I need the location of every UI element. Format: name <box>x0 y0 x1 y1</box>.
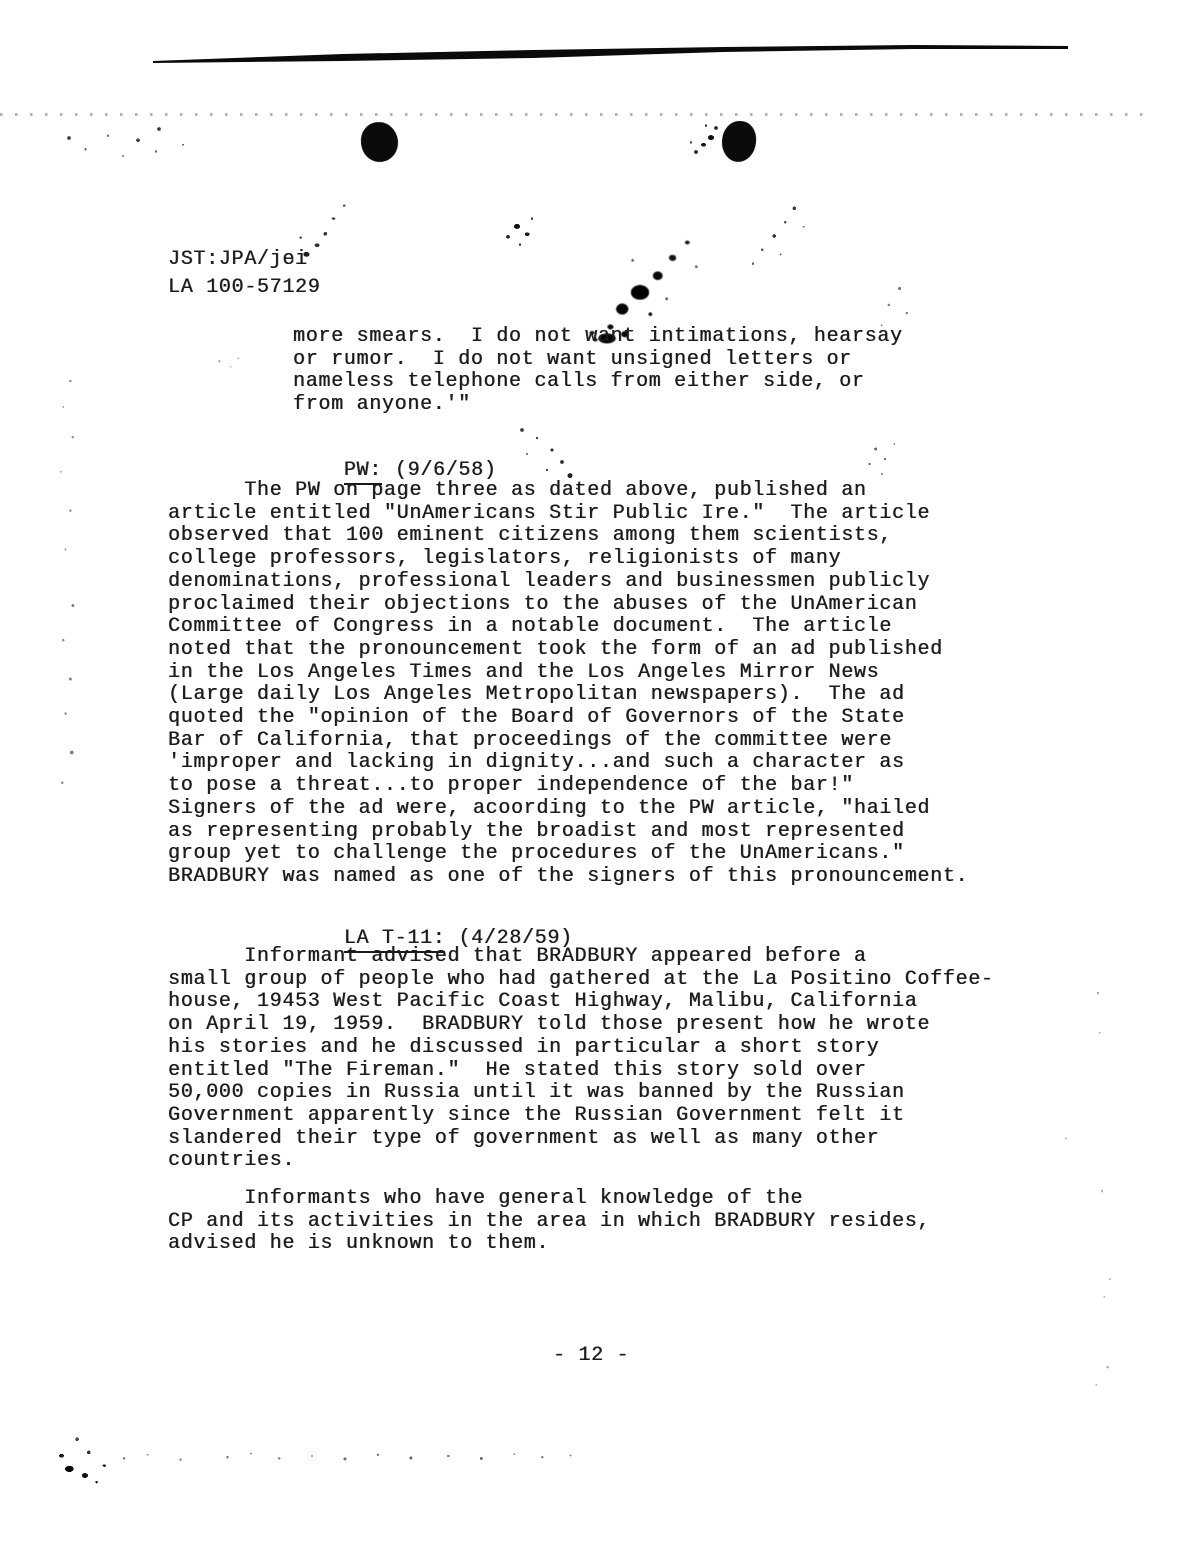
quoted-statement: more smears. I do not want intimations, … <box>293 326 903 417</box>
case-reference: JST:JPA/jei LA 100-57129 <box>168 246 320 302</box>
ink-spray-diagonal <box>730 190 822 282</box>
speck-cluster-top-left <box>48 120 198 165</box>
punch-hole-right-dot <box>721 120 758 163</box>
section-la-t11-paragraph-2: Informants who have general knowledge of… <box>168 1188 930 1256</box>
ink-blot-small <box>490 203 550 255</box>
ink-spray-right-margin-mid <box>854 434 916 484</box>
section-pw-paragraph: The PW on page three as dated above, pub… <box>168 480 968 889</box>
scan-dotted-line <box>0 113 1148 116</box>
page-number: - 12 - <box>553 1345 629 1368</box>
speck-column-left-margin <box>44 368 92 800</box>
punch-hole-left-dot <box>359 120 400 164</box>
scanned-document-page: JST:JPA/jei LA 100-57129 more smears. I … <box>0 0 1200 1553</box>
ink-smudge-beside-punch <box>676 116 726 164</box>
speck-band-bottom <box>110 1444 580 1468</box>
ink-smudge-bottom-left <box>42 1426 120 1492</box>
speck-left-of-quote <box>208 350 246 378</box>
speck-right-margin <box>1058 980 1138 1420</box>
section-la-t11-paragraph-1: Informant advised that BRADBURY appeared… <box>168 946 994 1173</box>
scan-top-rule <box>153 45 1068 67</box>
